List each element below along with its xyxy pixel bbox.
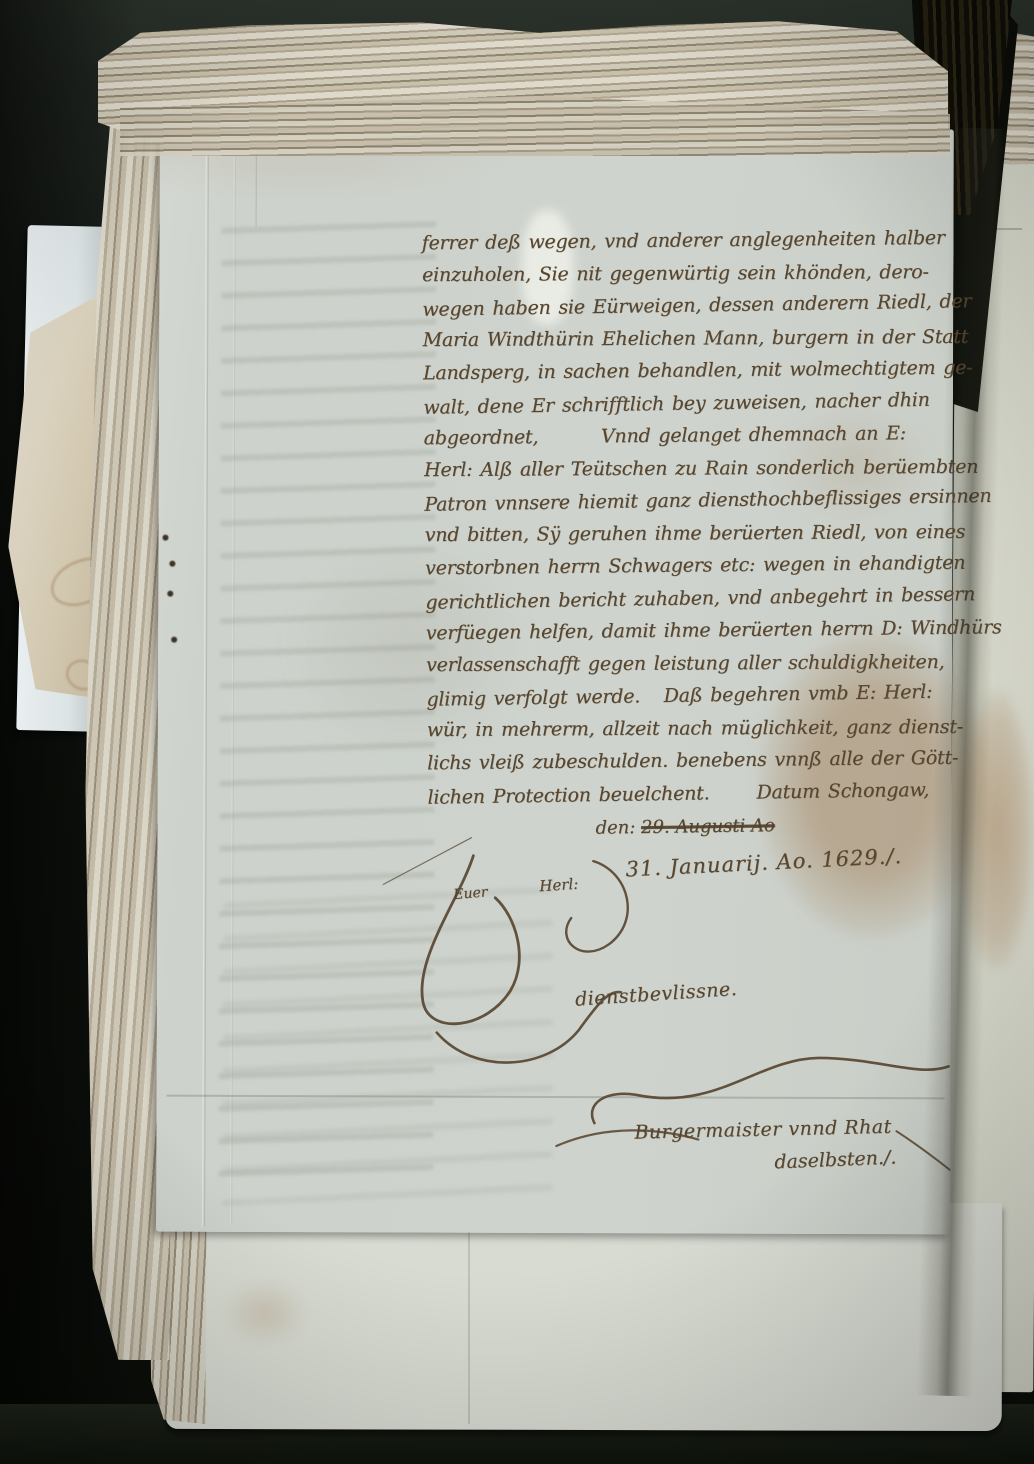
photo-vignette bbox=[0, 0, 1034, 1464]
archival-photograph: ferrer deß wegen, vnd anderer anglegenhe… bbox=[0, 0, 1034, 1464]
